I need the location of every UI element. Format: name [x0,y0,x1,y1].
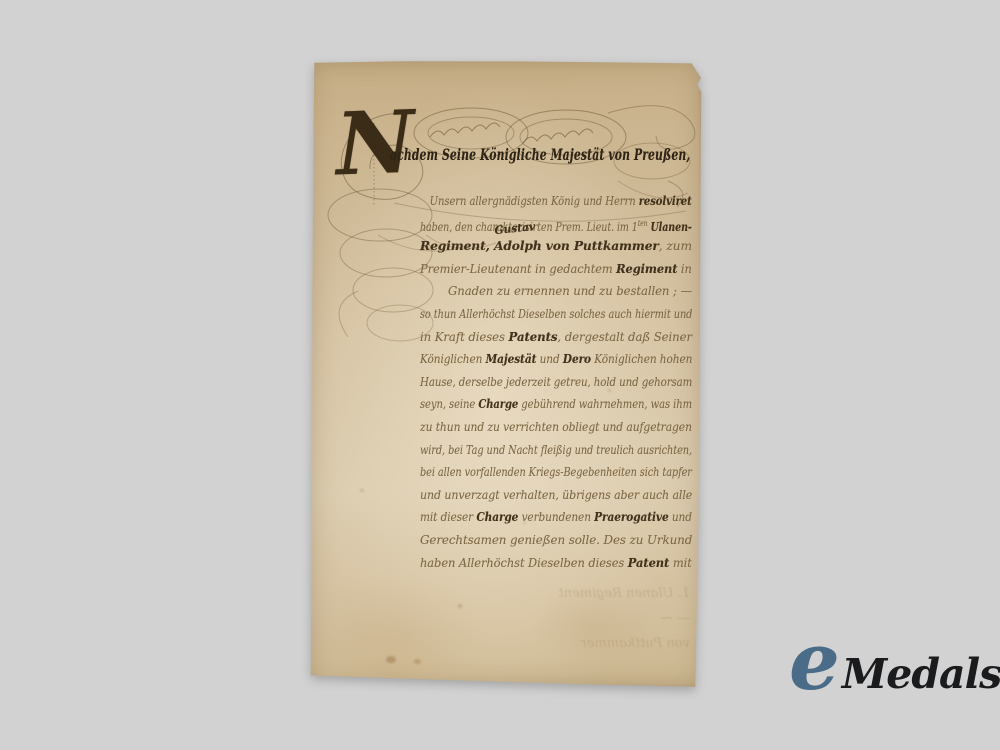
text-segment: Regiment [616,261,677,276]
body-line: Gnaden zu ernennen und zu bestallen ; — [420,280,674,303]
text-segment: so thun Allerhöchst Dieselben solches au… [420,306,692,321]
stain-spot [386,656,396,663]
paper-sheet: N achdem Seine Königliche Majestät von P… [308,59,702,688]
text-segment: Königlichen hohen [591,351,692,366]
text-segment: Gerechtsamen genießen solle. Des zu Urku… [420,532,692,547]
body-line: so thun Allerhöchst Dieselben solches au… [420,303,633,326]
body-line: haben Allerhöchst Dieselben dieses Paten… [420,552,670,575]
emedals-watermark: e Medals [789,660,1000,722]
text-segment: zu thun und zu verrichten obliegt und au… [420,419,692,434]
document-body: Unsern allergnädigsten König und Herrn r… [420,190,692,574]
text-segment: seyn, seine [420,396,478,411]
text-segment: Regiment, [420,238,494,253]
body-line: mit dieser Charge verbundenen Praerogati… [420,506,649,529]
text-segment: , zum [659,238,692,253]
stain-spot [458,604,462,608]
body-line: Gerechtsamen genießen solle. Des zu Urku… [420,529,679,552]
text-segment: , dergestalt daß Seiner [557,329,692,344]
text-segment: Gnaden zu ernennen und zu bestallen ; — [448,283,692,298]
illuminated-initial: N [335,100,417,189]
bleed-through-text: 1. Ulanen Regiment— ⁓von Puttkammer [508,581,690,656]
photo-canvas: N achdem Seine Königliche Majestät von P… [0,0,1000,750]
text-segment: haben Allerhöchst Dieselben dieses [420,555,628,570]
text-segment: Charge [476,509,518,524]
body-line: bei allen vorfallenden Kriegs-Begebenhei… [420,461,632,484]
bleed-through-line: von Puttkammer [508,631,690,656]
text-segment: in Kraft dieses [420,329,509,344]
text-segment: verbundenen [518,509,594,524]
text-segment: und unverzagt verhalten, übrigens aber a… [420,487,692,502]
text-segment: Hause, derselbe jederzeit getreu, hold u… [420,374,692,389]
text-segment: mit dieser [420,509,476,524]
text-segment: Patent [628,555,669,570]
body-line: Hause, derselbe jederzeit getreu, hold u… [420,371,642,394]
text-segment: in [677,261,691,276]
body-line: seyn, seine Charge gebührend wahrnehmen,… [420,393,638,416]
bleed-through-line: — ⁓ [508,606,690,631]
text-segment: mit [669,555,691,570]
body-line: Regiment, GustavAdolph von Puttkammer, z… [420,235,686,258]
text-segment: bei allen vorfallenden Kriegs-Begebenhei… [420,464,692,479]
text-segment: Charge [478,396,518,411]
text-segment: Königlichen [420,351,486,366]
stain-spot [414,659,421,664]
body-line: Königlichen Majestät und Dero Königliche… [420,348,649,371]
document-photo: N achdem Seine Königliche Majestät von P… [308,59,702,688]
text-segment: Ulanen- [650,219,691,234]
text-segment: und [669,509,692,524]
body-line: Unsern allergnädigsten König und Herrn r… [420,190,638,213]
body-line: und unverzagt verhalten, übrigens aber a… [420,484,659,507]
text-segment: Premier-Lieutenant in gedachtem [420,261,616,276]
body-line: zu thun und zu verrichten obliegt und au… [420,416,653,439]
body-line: Premier-Lieutenant in gedachtem Regiment… [420,258,668,281]
text-segment: Dero [563,351,591,366]
body-line: wird, bei Tag und Nacht fleißig und treu… [420,439,632,462]
text-segment: Unsern allergnädigsten König und Herrn [430,193,639,208]
text-segment: wird, bei Tag und Nacht fleißig und treu… [420,442,692,457]
text-segment: ten [638,219,648,228]
body-line: in Kraft dieses Patents, dergestalt daß … [420,326,675,349]
text-segment: Patents [509,329,558,344]
stain-spot [360,489,364,492]
text-segment: Majestät [486,351,537,366]
document-heading: achdem Seine Königliche Majestät von Pre… [390,147,690,163]
text-segment: Adolph von Puttkammer [494,238,659,253]
text-segment: und [536,351,563,366]
text-segment: resolviret [639,193,692,208]
text-segment: gebührend wahrnehmen, was ihm [518,396,692,411]
bleed-through-line: 1. Ulanen Regiment [508,581,690,606]
text-segment: Praerogative [594,509,668,524]
